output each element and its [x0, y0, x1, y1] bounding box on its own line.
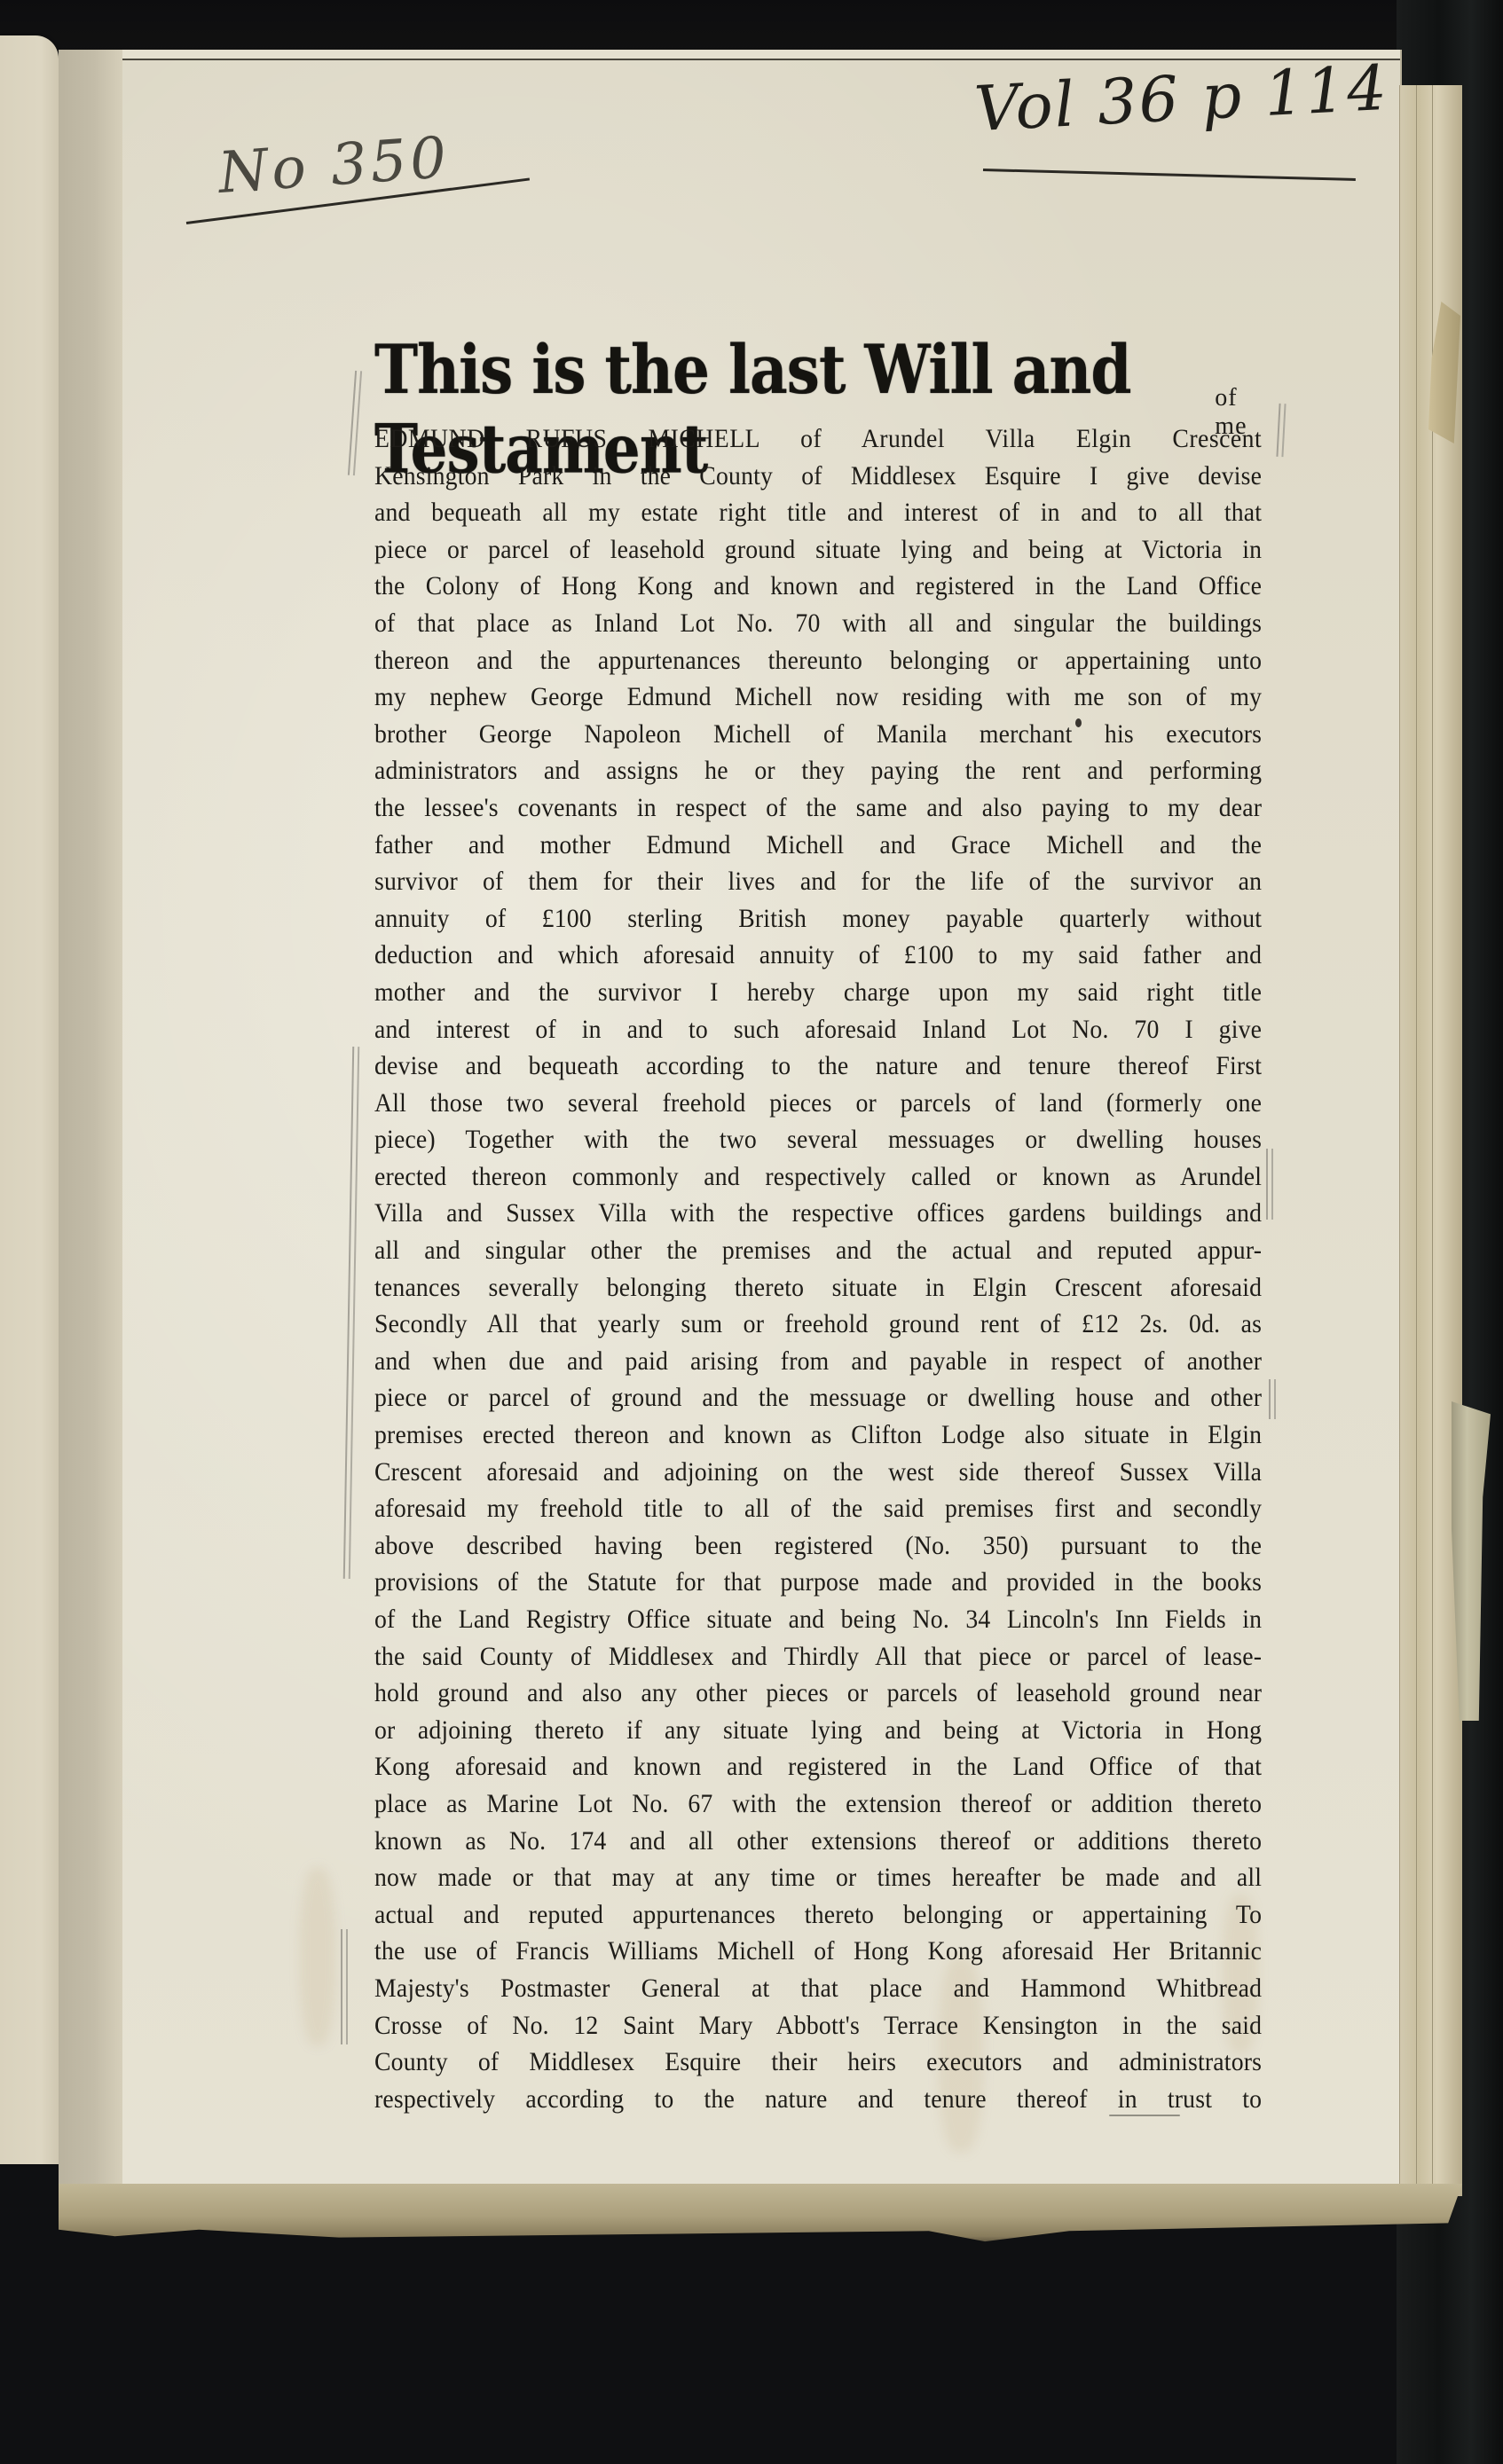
will-line: and bequeath all my estate right title a… [374, 495, 1262, 532]
paper-stain [300, 1868, 335, 2045]
will-line: actual and reputed appurtenances thereto… [374, 1897, 1262, 1934]
will-line: provisions of the Statute for that purpo… [374, 1565, 1262, 1602]
will-line: of the Land Registry Office situate and … [374, 1602, 1262, 1639]
will-line: place as Marine Lot No. 67 with the exte… [374, 1786, 1262, 1824]
will-line: Kensington Park in the County of Middles… [374, 459, 1262, 496]
will-line: Majesty's Postmaster General at that pla… [374, 1971, 1262, 2008]
will-line: of that place as Inland Lot No. 70 with … [374, 606, 1262, 643]
pencil-margin-mark [1266, 1149, 1273, 1220]
will-line: premises erected thereon and known as Cl… [374, 1417, 1262, 1455]
will-line: piece or parcel of ground and the messua… [374, 1380, 1262, 1417]
will-line: known as No. 174 and all other extension… [374, 1824, 1262, 1861]
will-line: erected thereon commonly and respectivel… [374, 1159, 1262, 1197]
will-line: All those two several freehold pieces or… [374, 1086, 1262, 1123]
will-line: and when due and paid arising from and p… [374, 1344, 1262, 1381]
will-line: father and mother Edmund Michell and Gra… [374, 828, 1262, 865]
will-line: piece or parcel of leasehold ground situ… [374, 532, 1262, 569]
will-line: the lessee's covenants in respect of the… [374, 790, 1262, 828]
will-line: the Colony of Hong Kong and known and re… [374, 569, 1262, 606]
pencil-margin-mark [341, 1929, 348, 2044]
will-line: survivor of them for their lives and for… [374, 864, 1262, 901]
page-gutter-shadow [59, 50, 122, 2187]
will-line: Crosse of No. 12 Saint Mary Abbott's Ter… [374, 2008, 1262, 2045]
will-line: County of Middlesex Esquire their heirs … [374, 2044, 1262, 2082]
will-line: or adjoining thereto if any situate lyin… [374, 1713, 1262, 1750]
pencil-margin-mark [1269, 1379, 1276, 1419]
will-text-block: This is the last Will and Testament of m… [374, 350, 1262, 2118]
will-line: Crescent aforesaid and adjoining on the … [374, 1455, 1262, 1492]
will-line: annuity of £100 sterling British money p… [374, 901, 1262, 938]
will-line: and interest of in and to such aforesaid… [374, 1012, 1262, 1049]
will-line: deduction and which aforesaid annuity of… [374, 938, 1262, 975]
will-line: tenances severally belonging thereto sit… [374, 1270, 1262, 1307]
will-line: Kong aforesaid and known and registered … [374, 1749, 1262, 1786]
will-line: above described having been registered (… [374, 1528, 1262, 1566]
will-line: respectively according to the nature and… [374, 2082, 1262, 2119]
will-line: all and singular other the premises and … [374, 1233, 1262, 1270]
will-line: piece) Together with the two several mes… [374, 1122, 1262, 1159]
will-line: now made or that may at any time or time… [374, 1860, 1262, 1897]
will-line: Villa and Sussex Villa with the respecti… [374, 1196, 1262, 1233]
will-line: EDMUND RUFUS MICHELL of Arundel Villa El… [374, 421, 1262, 459]
will-line: administrators and assigns he or they pa… [374, 753, 1262, 790]
will-line: thereon and the appurtenances thereunto … [374, 643, 1262, 680]
will-line: my nephew George Edmund Michell now resi… [374, 679, 1262, 717]
previous-page-edge [0, 35, 59, 2164]
will-line: hold ground and also any other pieces or… [374, 1675, 1262, 1713]
will-line: the use of Francis Williams Michell of H… [374, 1934, 1262, 1971]
will-heading: This is the last Will and Testament of m… [374, 350, 1262, 421]
will-line: the said County of Middlesex and Thirdly… [374, 1639, 1262, 1676]
will-line: Secondly All that yearly sum or freehold… [374, 1307, 1262, 1344]
will-line: brother George Napoleon Michell of Manil… [374, 717, 1262, 754]
will-line: mother and the survivor I hereby charge … [374, 975, 1262, 1012]
will-line: devise and bequeath according to the nat… [374, 1048, 1262, 1086]
will-line: aforesaid my freehold title to all of th… [374, 1491, 1262, 1528]
page-top-edge [122, 50, 1400, 60]
pencil-underline [1109, 2115, 1180, 2116]
